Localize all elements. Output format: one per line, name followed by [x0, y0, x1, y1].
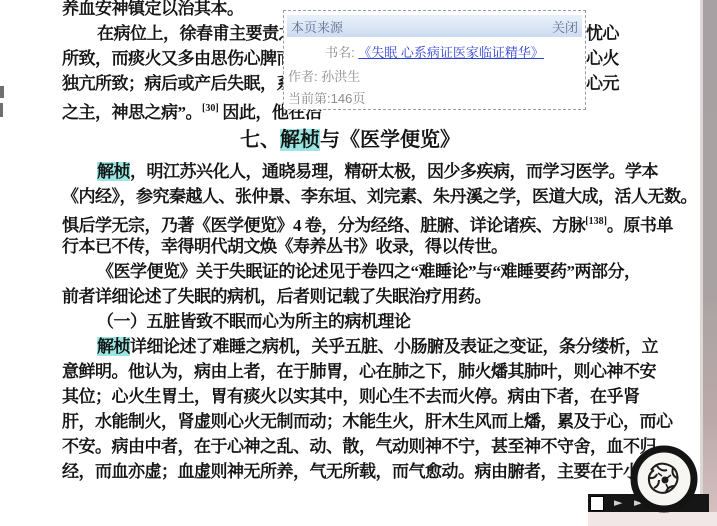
text-segment: 意鲜明。他认为，病由上者，在于肺胃，心在肺之下，肺火燔其肺叶，则心神不安 [62, 362, 656, 381]
ebook-reader-screen: { "popup": { "title": "本页来源", "close_lab… [0, 0, 717, 526]
source-popup-header: 本页来源 关闭 [287, 15, 582, 37]
text-segment: 其位；心火生胃土，胃有痰火以实其中，则心生不去而火停。病由下者，在乎肾 [62, 387, 640, 406]
text-line-end-fragment: 心元 [586, 71, 619, 96]
text-segment: 惧后学无宗，乃著《医学便览》4 卷，分为经络、脏腑、详论诸疾、方脉 [62, 216, 585, 235]
author-value: 孙洪生 [321, 69, 360, 84]
author-label: 作者: [288, 69, 321, 84]
text-segment: （一）五脏皆致不眠而心为所主的病机理论 [97, 312, 411, 331]
text-segment: 七、 [240, 129, 280, 151]
text-line-end-fragment: 心火 [586, 46, 619, 71]
current-page-value: 146页 [331, 91, 366, 106]
text-segment: 详细论述了难睡之病机，关乎五脏、小肠腑及表证之变证，条分缕析，立 [130, 337, 658, 356]
text-line: 解桢详细论述了难睡之病机，关乎五脏、小肠腑及表证之变证，条分缕析，立 [62, 334, 638, 359]
citation-superscript: [30] [202, 103, 219, 114]
text-segment: 《医学便览》关于失眠证的论述见于卷四之“难睡论”与“难睡要药”两部分， [97, 262, 641, 281]
text-line: 惧后学无宗，乃著《医学便览》4 卷，分为经络、脏腑、详论诸疾、方脉[138]。原… [62, 209, 638, 234]
text-line: （一）五脏皆致不眠而心为所主的病机理论 [62, 309, 638, 334]
text-line: 不安。病由中者，在于心神之乱、动、散，气动则神不宁，甚至神不守舍，血不归 [62, 434, 638, 459]
text-line: 肝，水能制火，肾虚则心火无制而动；木能生火，肝木生风而上燔，累及于心，而心 [62, 409, 638, 434]
text-segment: 所致，而痰火又多由思伤心脾而 [62, 49, 293, 68]
text-line-end-fragment: 忧心 [586, 21, 619, 46]
search-highlight: 桢 [114, 337, 131, 356]
text-segment: 经，而血亦虚；血虚则神无所养，气无所载，而气愈动。病由腑者，主要在于小肠， [62, 462, 673, 481]
text-line: 经，而血亦虚；血虚则神无所养，气无所载，而气愈动。病由腑者，主要在于小肠， [62, 459, 638, 484]
first-page-box-icon[interactable] [590, 496, 604, 511]
scan-edge-artifact [0, 86, 4, 98]
current-page-label: 当前第: [288, 91, 331, 106]
current-page-row: 当前第:146页 [288, 91, 365, 107]
search-highlight: 解 [97, 162, 114, 181]
text-line: 行本已不传，幸得明代胡文焕《寿养丛书》收录，得以传世。 [62, 234, 638, 259]
text-segment: 在病位上，徐春甫主要责之 [97, 24, 295, 43]
citation-superscript: [138] [585, 216, 607, 227]
source-popup: 本页来源 关闭 书名: 《失眠 心系病证医家临证精华》 作者: 孙洪生 当前第:… [283, 10, 586, 110]
text-segment: 前者详细论述了失眠的病机，后者则记载了失眠治疗用药。 [62, 287, 491, 306]
text-line: 解桢，明江苏兴化人，通晓易理，精研太极，因少多疾病，而学习医学。学本 [62, 159, 638, 184]
popup-title: 本页来源 [291, 17, 343, 36]
close-button[interactable]: 关闭 [552, 17, 578, 36]
text-line: 前者详细论述了失眠的病机，后者则记载了失眠治疗用药。 [62, 284, 638, 309]
text-segment: ，明江苏兴化人，通晓易理，精研太极，因少多疾病，而学习医学。学本 [130, 162, 658, 181]
text-line: 其位；心火生胃土，胃有痰火以实其中，则心生不去而火停。病由下者，在乎肾 [62, 384, 638, 409]
text-segment: 之主，神思之病”。 [62, 103, 202, 122]
text-segment: 不安。病由中者，在于心神之乱、动、散，气动则神不宁，甚至神不守舍，血不归 [62, 437, 656, 456]
text-segment: 行本已不传，幸得明代胡文焕《寿养丛书》收录，得以传世。 [62, 237, 508, 256]
text-segment: 与《医学便览》 [320, 129, 460, 151]
text-segment: 《内经》，参究秦越人、张仲景、李东垣、刘完素、朱丹溪之学，医道大成，活人无数。 [62, 187, 697, 206]
text-line: 《内经》，参究秦越人、张仲景、李东垣、刘完素、朱丹溪之学，医道大成，活人无数。 [62, 184, 638, 209]
search-highlight: 桢 [300, 129, 320, 151]
page-edge-shadow [703, 0, 717, 526]
search-highlight: 解 [280, 129, 300, 151]
author-row: 作者: 孙洪生 [288, 69, 360, 85]
text-segment: 肝，水能制火，肾虚则心火无制而动；木能生火，肝木生风而上燔，累及于心，而心 [62, 412, 673, 431]
search-highlight: 桢 [114, 162, 131, 181]
section-title: 七、解桢与《医学便览》 [62, 121, 638, 159]
book-label: 书名: [325, 45, 358, 60]
text-line: 《医学便览》关于失眠证的论述见于卷四之“难睡论”与“难睡要药”两部分， [62, 259, 638, 284]
book-title-row: 书名: 《失眠 心系病证医家临证精华》 [284, 44, 585, 62]
text-line: 意鲜明。他认为，病由上者，在于肺胃，心在肺之下，肺火燔其肺叶，则心神不安 [62, 359, 638, 384]
text-segment: 独亢所致；病后或产后失眠，系由 [62, 74, 310, 93]
book-title-link[interactable]: 《失眠 心系病证医家临证精华》 [358, 45, 544, 60]
search-highlight: 解 [97, 337, 114, 356]
text-segment: 养血安神镇定以治其本。 [62, 0, 244, 18]
scan-edge-artifact [0, 103, 3, 117]
dragon-seal-stamp [627, 442, 701, 516]
text-segment: 。原书单 [607, 216, 673, 235]
